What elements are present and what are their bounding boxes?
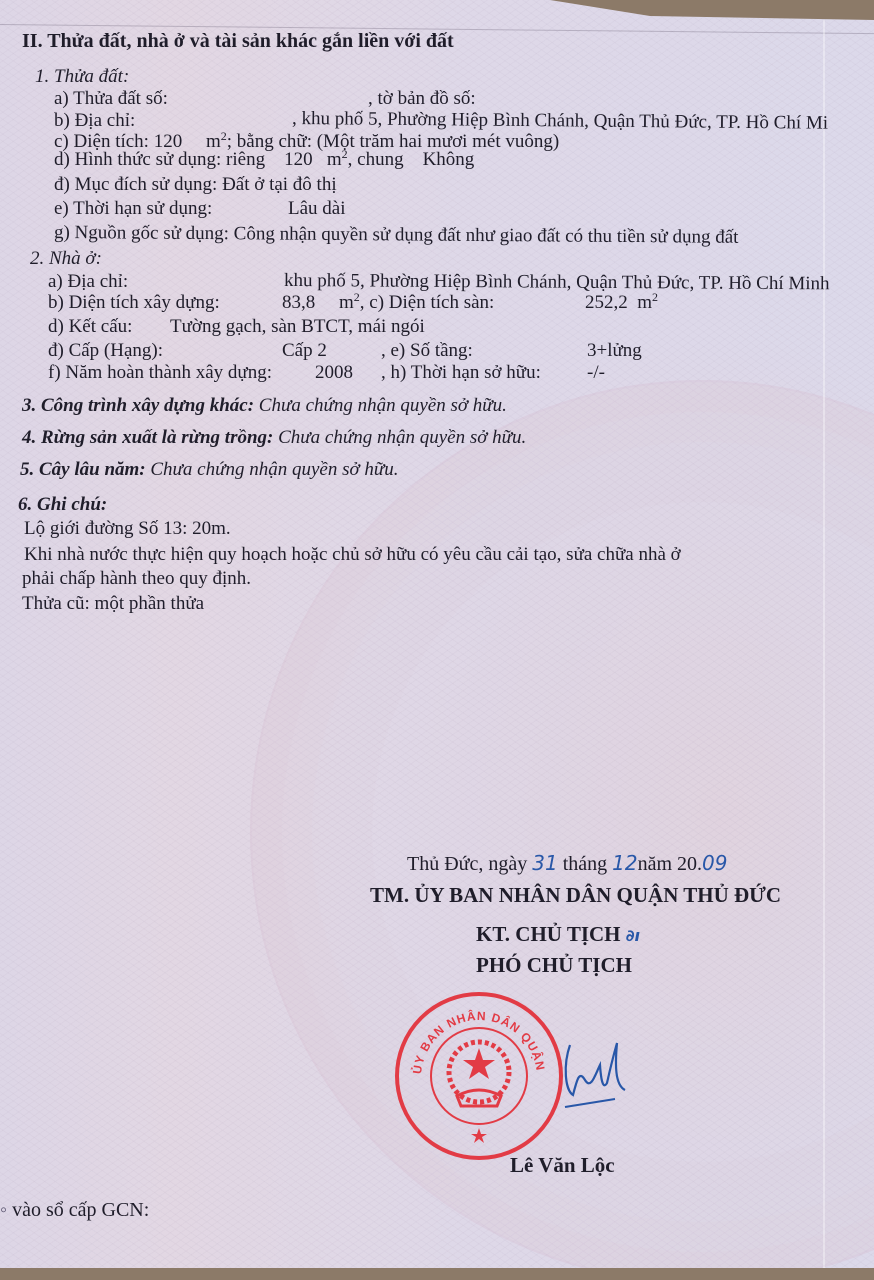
house-build-area: 83,8 m2, c) Diện tích sàn: <box>282 292 494 314</box>
issuing-authority: TM. ỦY BAN NHÂN DÂN QUẬN THỦ ĐỨC <box>370 884 781 906</box>
house-year-value: 2008 <box>315 362 353 384</box>
place-date-prefix: Thủ Đức, ngày <box>407 853 527 875</box>
build-area-value: 83,8 <box>282 292 315 313</box>
unit-exponent: 2 <box>652 290 658 304</box>
usage-shared-value: Không <box>423 149 475 170</box>
other-works: 3. Công trình xây dựng khác: Chưa chứng … <box>22 395 507 417</box>
on-behalf-label: KT. CHỦ TỊCH <box>476 922 621 946</box>
registry-label: ◦ vào sổ cấp GCN: <box>0 1199 149 1221</box>
planted-forest-value: Chưa chứng nhận quyền sở hữu. <box>278 427 526 448</box>
handwritten-year: 09 <box>702 851 727 875</box>
handwritten-month: 12 <box>612 851 637 875</box>
house-floor-area: 252,2 m2 <box>585 292 658 314</box>
perennial-trees-value: Chưa chứng nhận quyền sở hữu. <box>150 459 398 480</box>
usage-private-area: 120 <box>284 149 313 170</box>
build-area-unit: m <box>339 292 354 313</box>
notes-line-road: Lộ giới đường Số 13: 20m. <box>24 518 231 540</box>
usage-form-label: d) Hình thức sử dụng: riêng <box>54 149 265 170</box>
notes-line-old-parcel: Thửa cũ: một phần thửa <box>22 593 204 615</box>
land-map-sheet: , tờ bản đồ số: <box>368 88 476 110</box>
handwritten-day: 31 <box>532 851 557 875</box>
planted-forest: 4. Rừng sản xuất là rừng trồng: Chưa chứ… <box>22 427 526 449</box>
house-structure-label: d) Kết cấu: <box>48 316 132 338</box>
signer-title: PHÓ CHỦ TỊCH <box>476 954 632 976</box>
house-grade-value: Cấp 2 <box>282 340 327 362</box>
handwritten-signature <box>545 1035 635 1120</box>
floor-area-label: , c) Diện tích sàn: <box>360 292 495 313</box>
month-label: tháng <box>563 853 607 875</box>
house-heading: 2. Nhà ở: <box>30 248 102 270</box>
land-purpose: đ) Mục đích sử dụng: Đất ở tại đô thị <box>54 174 337 196</box>
house-grade-label: đ) Cấp (Hạng): <box>48 340 163 362</box>
notes-line-compliance: phải chấp hành theo quy định. <box>22 568 251 590</box>
notes-heading: 6. Ghi chú: <box>18 494 107 516</box>
perennial-trees-label: 5. Cây lâu năm: <box>20 459 146 480</box>
house-address-label: a) Địa chỉ: <box>48 271 128 293</box>
other-works-label: 3. Công trình xây dựng khác: <box>22 395 254 416</box>
cut-off-glyph: ◦ <box>0 1199 12 1221</box>
land-term-label: e) Thời hạn sử dụng: <box>54 198 212 220</box>
section-title: II. Thửa đất, nhà ở và tài sản khác gắn … <box>22 30 454 52</box>
paper-crease <box>823 20 825 1268</box>
usage-shared-label: , chung <box>348 149 404 170</box>
year-label: năm 20 <box>638 853 697 875</box>
house-year-label: f) Năm hoàn thành xây dựng: <box>48 362 272 384</box>
initial-mark: ∂ı <box>626 926 640 945</box>
notes-line-planning: Khi nhà nước thực hiện quy hoạch hoặc ch… <box>24 544 681 566</box>
land-origin: g) Nguồn gốc sử dụng: Công nhận quyền sử… <box>54 222 739 249</box>
land-usage-form: d) Hình thức sử dụng: riêng 120 m2, chun… <box>54 149 474 171</box>
on-behalf-of: KT. CHỦ TỊCH ∂ı <box>476 923 640 947</box>
land-parcel-number: a) Thửa đất số: <box>54 88 168 110</box>
place-date: Thủ Đức, ngày 31 tháng 12năm 20.09 <box>407 852 728 875</box>
floor-area-unit: m <box>637 292 652 313</box>
land-term-value: Lâu dài <box>288 198 346 220</box>
house-floors-label: , e) Số tầng: <box>381 340 473 362</box>
signer-name: Lê Văn Lộc <box>510 1154 615 1176</box>
perennial-trees: 5. Cây lâu năm: Chưa chứng nhận quyền sở… <box>20 459 398 481</box>
land-address-label: b) Địa chỉ: <box>54 110 135 132</box>
house-ownership-term-label: , h) Thời hạn sở hữu: <box>381 362 541 384</box>
house-ownership-term-value: -/- <box>587 362 605 384</box>
floor-area-value: 252,2 <box>585 292 628 313</box>
certificate-page: II. Thửa đất, nhà ở và tài sản khác gắn … <box>0 0 874 1268</box>
planted-forest-label: 4. Rừng sản xuất là rừng trồng: <box>22 427 273 448</box>
watermark-rosette <box>250 380 874 1280</box>
house-structure-value: Tường gạch, sàn BTCT, mái ngói <box>170 316 425 338</box>
registry-text: vào sổ cấp GCN: <box>12 1199 149 1221</box>
land-heading: 1. Thửa đất: <box>35 66 129 88</box>
other-works-value: Chưa chứng nhận quyền sở hữu. <box>259 395 507 416</box>
usage-unit: m <box>327 149 342 170</box>
official-seal: ỦY BAN NHÂN DÂN QUẬN THỦ ĐỨC - TP.HỒ CHÍ… <box>395 992 563 1160</box>
house-build-area-label: b) Diện tích xây dựng: <box>48 292 220 314</box>
house-floors-value: 3+lửng <box>587 340 642 362</box>
seal-emblem-icon: ỦY BAN NHÂN DÂN QUẬN THỦ ĐỨC - TP.HỒ CHÍ… <box>399 996 559 1156</box>
